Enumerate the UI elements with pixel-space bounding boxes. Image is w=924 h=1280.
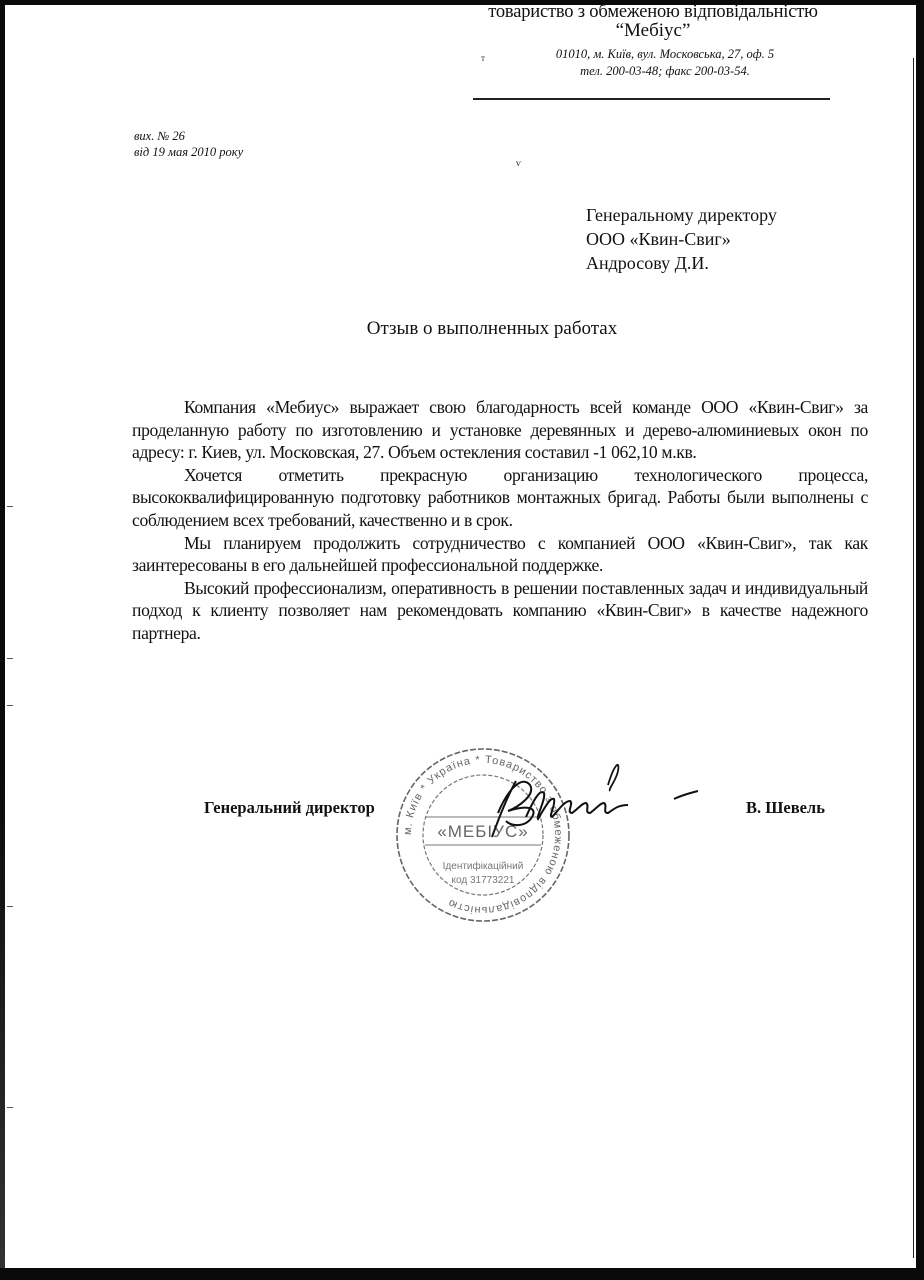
scan-edge-tick	[7, 705, 13, 706]
scan-edge-tick	[7, 506, 13, 507]
addressee-position: Генеральному директору	[586, 203, 777, 227]
addressee-block: Генеральному директору ООО «Квин-Свиг» А…	[586, 203, 777, 275]
handwritten-signature	[478, 755, 708, 845]
letter-body: Компания «Мебиус» выражает свою благодар…	[132, 396, 868, 645]
body-paragraph: Компания «Мебиус» выражает свою благодар…	[132, 396, 868, 464]
letterhead-phone-fax: тел. 200-03-48; факс 200-03-54.	[500, 63, 830, 80]
scan-border-bottom	[0, 1268, 924, 1280]
letterhead-org-name: “Мебіус”	[473, 20, 833, 42]
scan-speck: т	[481, 53, 485, 63]
body-paragraph: Хочется отметить прекрасную организацию …	[132, 464, 868, 532]
scan-border-right	[916, 0, 924, 1280]
document-title: Отзыв о выполненных работах	[0, 318, 924, 340]
body-paragraph: Мы планируем продолжить сотрудничество с…	[132, 532, 868, 577]
outgoing-number: вих. № 26	[134, 128, 243, 144]
reference-block: вих. № 26 від 19 мая 2010 року	[134, 128, 243, 160]
scan-speck: ѵ	[516, 158, 521, 168]
addressee-company: ООО «Квин-Свиг»	[586, 227, 777, 251]
scan-edge-line	[913, 58, 914, 1258]
stamp-id-code: код 31773221	[452, 875, 515, 886]
signatory-role: Генеральний директор	[204, 798, 375, 818]
letterhead-address: 01010, м. Київ, вул. Московська, 27, оф.…	[500, 46, 830, 63]
addressee-name: Андросову Д.И.	[586, 251, 777, 275]
scan-border-left	[0, 0, 5, 1280]
scan-edge-tick	[7, 1107, 13, 1108]
stamp-id-label: Ідентифікаційний	[443, 860, 524, 872]
scan-edge-tick	[7, 658, 13, 659]
letterhead-contacts-block: 01010, м. Київ, вул. Московська, 27, оф.…	[500, 46, 830, 80]
scan-edge-tick	[7, 906, 13, 907]
signatory-name: В. Шевель	[746, 798, 825, 818]
letter-date: від 19 мая 2010 року	[134, 144, 243, 160]
body-paragraph: Высокий профессионализм, оперативность в…	[132, 577, 868, 645]
letterhead-divider	[473, 98, 830, 100]
